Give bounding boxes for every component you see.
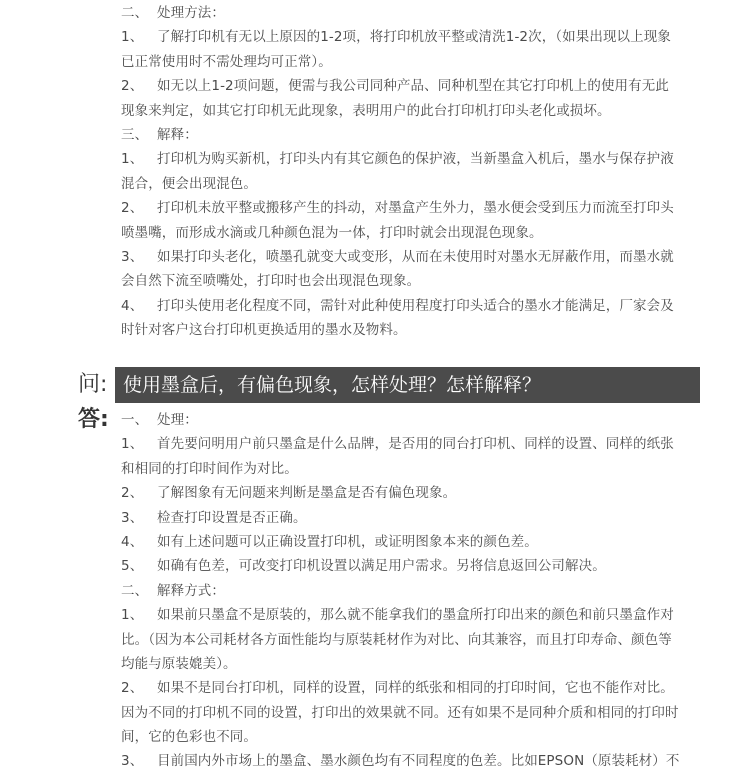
line-text: 解释方式：: [157, 583, 225, 599]
text-line: 间，它的色彩也不同。: [121, 725, 721, 749]
line-text: 目前国内外市场上的墨盒、墨水颜色均有不同程度的色差。比如EPSON（原装耗材）不: [157, 753, 679, 769]
line-text: 如确有色差，可改变打印机设置以满足用户需求。另将信息返回公司解决。: [157, 558, 606, 574]
line-text: 打印头使用老化程度不同，需针对此种使用程度打印头适合的墨水才能满足，厂家会及: [157, 298, 674, 314]
text-line: 2、如果不是同台打印机，同样的设置，同样的纸张和相同的打印时间，它也不能作对比。: [121, 676, 721, 700]
text-line: 1、打印机为购买新机，打印头内有其它颜色的保护液，当新墨盒入机后，墨水与保存护液: [121, 147, 721, 171]
text-line: 均能与原装媲美）。: [121, 652, 721, 676]
text-line: 喷墨嘴，而形成水滴或几种颜色混为一体，打印时就会出现混色现象。: [121, 221, 721, 245]
item-number: 5、: [121, 554, 157, 578]
item-number: 2、: [121, 676, 157, 700]
item-number: 2、: [121, 74, 157, 98]
item-number: 二、: [121, 579, 157, 603]
answer-label: 答:: [78, 404, 109, 436]
text-line: 2、打印机未放平整或搬移产生的抖动，对墨盒产生外力，墨水便会受到压力而流至打印头: [121, 196, 721, 220]
item-number: 2、: [121, 196, 157, 220]
item-number: 1、: [121, 603, 157, 627]
line-text: 因为不同的打印机不同的设置，打印出的效果就不同。还有如果不是同种介质和相同的打印…: [121, 705, 679, 721]
item-number: 2、: [121, 481, 157, 505]
line-text: 打印机未放平整或搬移产生的抖动，对墨盒产生外力，墨水便会受到压力而流至打印头: [157, 200, 674, 216]
line-text: 处理：: [157, 412, 198, 428]
item-number: 一、: [121, 408, 157, 432]
line-text: 如有上述问题可以正确设置打印机，或证明图象本来的颜色差。: [157, 534, 538, 550]
section-2-answer: 一、处理： 1、首先要问明用户前只墨盒是什么品牌，是否用的同台打印机、同样的设置…: [121, 408, 721, 774]
text-line: 4、如有上述问题可以正确设置打印机，或证明图象本来的颜色差。: [121, 530, 721, 554]
question-header-bar: 使用墨盒后，有偏色现象，怎样处理？怎样解释？: [115, 367, 700, 403]
text-line: 2、如无以上1-2项问题，便需与我公司同种产品、同种机型在其它打印机上的使用有无…: [121, 74, 721, 98]
line-text: 混合，便会出现混色。: [121, 176, 257, 192]
item-number: 1、: [121, 147, 157, 171]
item-number: 3、: [121, 506, 157, 530]
line-text: 如果不是同台打印机，同样的设置，同样的纸张和相同的打印时间，它也不能作对比。: [157, 680, 674, 696]
text-line: 二、解释方式：: [121, 579, 721, 603]
line-text: 了解打印机有无以上原因的1-2项，将打印机放平整或清洗1-2次，（如果出现以上现…: [157, 29, 671, 45]
line-text: 已正常使用时不需处理均可正常）。: [121, 54, 332, 70]
line-text: 解释：: [157, 127, 198, 143]
line-text: 时针对客户这台打印机更换适用的墨水及物料。: [121, 322, 407, 338]
line-text: 间，它的色彩也不同。: [121, 729, 257, 745]
item-number: 3、: [121, 749, 157, 773]
line-text: 处理方法：: [157, 5, 225, 21]
item-number: 3、: [121, 245, 157, 269]
text-line: 现象来判定，如其它打印机无此现象，表明用户的此台打印机打印头老化或损坏。: [121, 99, 721, 123]
line-text: 打印机为购买新机，打印头内有其它颜色的保护液，当新墨盒入机后，墨水与保存护液: [157, 151, 674, 167]
line-text: 现象来判定，如其它打印机无此现象，表明用户的此台打印机打印头老化或损坏。: [121, 103, 611, 119]
section-1-processing-and-explanation: 二、处理方法： 1、了解打印机有无以上原因的1-2项，将打印机放平整或清洗1-2…: [121, 1, 721, 342]
line-text: 检查打印设置是否正确。: [157, 510, 307, 526]
text-line: 1、了解打印机有无以上原因的1-2项，将打印机放平整或清洗1-2次，（如果出现以…: [121, 25, 721, 49]
line-text: 如果打印头老化，喷墨孔就变大或变形，从而在未使用时对墨水无屏蔽作用，而墨水就: [157, 249, 674, 265]
line-text: 如果前只墨盒不是原装的，那么就不能拿我们的墨盒所打印出来的颜色和前只墨盒作对: [157, 607, 674, 623]
text-line: 因为不同的打印机不同的设置，打印出的效果就不同。还有如果不是同种介质和相同的打印…: [121, 701, 721, 725]
text-line: 3、检查打印设置是否正确。: [121, 506, 721, 530]
item-number: 1、: [121, 432, 157, 456]
text-line: 比。（因为本公司耗材各方面性能均与原装耗材作为对比、向其兼容，而且打印寿命、颜色…: [121, 628, 721, 652]
line-text: 比。（因为本公司耗材各方面性能均与原装耗材作为对比、向其兼容，而且打印寿命、颜色…: [121, 632, 672, 648]
text-line: 已正常使用时不需处理均可正常）。: [121, 50, 721, 74]
item-number: 4、: [121, 530, 157, 554]
text-line: 2、了解图象有无问题来判断是墨盒是否有偏色现象。: [121, 481, 721, 505]
text-line: 时针对客户这台打印机更换适用的墨水及物料。: [121, 318, 721, 342]
line-text: 会自然下流至喷嘴处，打印时也会出现混色现象。: [121, 273, 420, 289]
item-number: 二、: [121, 1, 157, 25]
text-line: 4、打印头使用老化程度不同，需针对此种使用程度打印头适合的墨水才能满足，厂家会及: [121, 294, 721, 318]
line-text: 了解图象有无问题来判断是墨盒是否有偏色现象。: [157, 485, 456, 501]
text-line: 二、处理方法：: [121, 1, 721, 25]
line-text: 喷墨嘴，而形成水滴或几种颜色混为一体，打印时就会出现混色现象。: [121, 225, 543, 241]
line-text: 首先要问明用户前只墨盒是什么品牌，是否用的同台打印机、同样的设置、同样的纸张: [157, 436, 674, 452]
text-line: 一、处理：: [121, 408, 721, 432]
item-number: 1、: [121, 25, 157, 49]
text-line: 3、目前国内外市场上的墨盒、墨水颜色均有不同程度的色差。比如EPSON（原装耗材…: [121, 749, 721, 773]
text-line: 3、如果打印头老化，喷墨孔就变大或变形，从而在未使用时对墨水无屏蔽作用，而墨水就: [121, 245, 721, 269]
text-line: 和相同的打印时间作为对比。: [121, 457, 721, 481]
text-line: 5、如确有色差，可改变打印机设置以满足用户需求。另将信息返回公司解决。: [121, 554, 721, 578]
item-number: 三、: [121, 123, 157, 147]
text-line: 会自然下流至喷嘴处，打印时也会出现混色现象。: [121, 269, 721, 293]
line-text: 如无以上1-2项问题，便需与我公司同种产品、同种机型在其它打印机上的使用有无此: [157, 78, 669, 94]
text-line: 1、首先要问明用户前只墨盒是什么品牌，是否用的同台打印机、同样的设置、同样的纸张: [121, 432, 721, 456]
line-text: 均能与原装媲美）。: [121, 656, 237, 672]
text-line: 三、解释：: [121, 123, 721, 147]
text-line: 1、如果前只墨盒不是原装的，那么就不能拿我们的墨盒所打印出来的颜色和前只墨盒作对: [121, 603, 721, 627]
line-text: 和相同的打印时间作为对比。: [121, 461, 298, 477]
text-line: 混合，便会出现混色。: [121, 172, 721, 196]
item-number: 4、: [121, 294, 157, 318]
question-label: 问:: [78, 369, 107, 401]
